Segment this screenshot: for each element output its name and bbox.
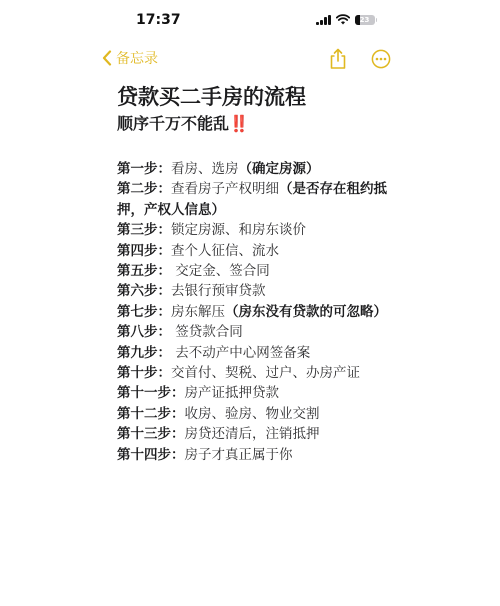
more-ellipsis-icon bbox=[371, 49, 391, 69]
steps-list: 第一步：看房、选房（确定房源） 第二步：查看房子产权明细（是否存在租约抵押，产权… bbox=[117, 159, 407, 465]
note-subtitle-text: 顺序千万不能乱 bbox=[117, 114, 229, 133]
step-item: 第十二步：收房、验房、物业交割 bbox=[117, 404, 407, 424]
step-item: 第十三步：房贷还清后，注销抵押 bbox=[117, 424, 407, 444]
step-item: 第十一步：房产证抵押贷款 bbox=[117, 383, 407, 403]
note-subtitle: 顺序千万不能乱‼️ bbox=[117, 112, 407, 136]
step-item: 第十四步：房子才真正属于你 bbox=[117, 445, 407, 465]
step-item: 第八步： 签贷款合同 bbox=[117, 322, 407, 342]
step-item: 第二步：查看房子产权明细（是否存在租约抵押，产权人信息） bbox=[117, 179, 407, 220]
battery-icon: 23 bbox=[355, 15, 375, 25]
step-item: 第三步：锁定房源、和房东谈价 bbox=[117, 220, 407, 240]
battery-level: 23 bbox=[360, 16, 370, 24]
chevron-left-icon bbox=[102, 50, 112, 66]
back-label: 备忘录 bbox=[116, 48, 158, 68]
wifi-icon bbox=[336, 14, 350, 25]
step-item: 第四步：查个人征信、流水 bbox=[117, 241, 407, 261]
status-bar: 17:37 23 bbox=[0, 0, 500, 40]
share-icon bbox=[328, 48, 348, 70]
cellular-signal-icon bbox=[316, 15, 331, 25]
step-item: 第九步： 去不动产中心网签备案 bbox=[117, 343, 407, 363]
step-item: 第一步：看房、选房（确定房源） bbox=[117, 159, 407, 179]
step-item: 第十步：交首付、契税、过户、办房产证 bbox=[117, 363, 407, 383]
back-button[interactable]: 备忘录 bbox=[102, 48, 158, 68]
step-item: 第七步：房东解压（房东没有贷款的可忽略） bbox=[117, 302, 407, 322]
status-time: 17:37 bbox=[136, 12, 181, 28]
double-exclamation-icon: ‼️ bbox=[229, 114, 249, 133]
battery-tip bbox=[376, 18, 378, 22]
step-item: 第五步： 交定金、签合同 bbox=[117, 261, 407, 281]
status-icons: 23 bbox=[316, 14, 377, 25]
share-button[interactable] bbox=[328, 48, 348, 70]
more-button[interactable] bbox=[371, 49, 391, 69]
step-item: 第六步：去银行预审贷款 bbox=[117, 281, 407, 301]
nav-bar: 备忘录 bbox=[0, 44, 500, 76]
note-body[interactable]: 贷款买二手房的流程 顺序千万不能乱‼️ 第一步：看房、选房（确定房源） 第二步：… bbox=[117, 82, 407, 465]
note-title: 贷款买二手房的流程 bbox=[117, 82, 407, 112]
